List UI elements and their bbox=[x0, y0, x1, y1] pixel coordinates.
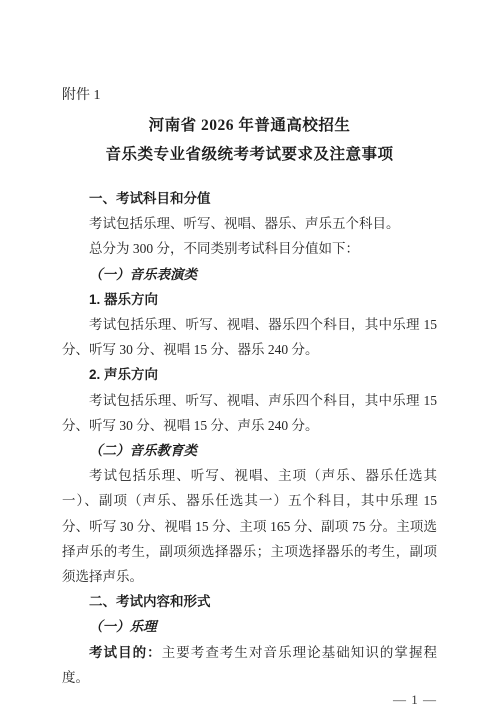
page-number: — 1 — bbox=[62, 690, 437, 707]
document-title: 河南省 2026 年普通高校招生 音乐类专业省级统考考试要求及注意事项 bbox=[62, 111, 437, 169]
document-title-line-1: 河南省 2026 年普通高校招生 bbox=[62, 111, 437, 140]
document-title-line-2: 音乐类专业省级统考考试要求及注意事项 bbox=[62, 140, 437, 169]
subsection-heading-music-performance: （一）音乐表演类 bbox=[62, 262, 437, 287]
paragraph-subjects-list: 考试包括乐理、听写、视唱、器乐、声乐五个科目。 bbox=[62, 211, 437, 236]
subsection-heading-music-education: （二）音乐教育类 bbox=[62, 438, 437, 463]
document-content: 附件 1 河南省 2026 年普通高校招生 音乐类专业省级统考考试要求及注意事项… bbox=[62, 88, 437, 707]
document-body: 一、考试科目和分值 考试包括乐理、听写、视唱、器乐、声乐五个科目。 总分为 30… bbox=[62, 186, 437, 690]
paragraph-total-score: 总分为 300 分，不同类别考试科目分值如下： bbox=[62, 236, 437, 261]
subheading-vocal-direction: 2. 声乐方向 bbox=[62, 362, 437, 387]
attachment-label: 附件 1 bbox=[62, 88, 437, 104]
document-page: 附件 1 河南省 2026 年普通高校招生 音乐类专业省级统考考试要求及注意事项… bbox=[0, 0, 500, 707]
paragraph-exam-purpose: 考试目的：主要考查考生对音乐理论基础知识的掌握程度。 bbox=[62, 640, 437, 690]
section-heading-exam-subjects: 一、考试科目和分值 bbox=[62, 186, 437, 211]
paragraph-vocal-scores: 考试包括乐理、听写、视唱、声乐四个科目，其中乐理 15 分、听写 30 分、视唱… bbox=[62, 388, 437, 438]
section-heading-exam-content-form: 二、考试内容和形式 bbox=[62, 589, 437, 614]
paragraph-instrumental-scores: 考试包括乐理、听写、视唱、器乐四个科目，其中乐理 15 分、听写 30 分、视唱… bbox=[62, 312, 437, 362]
paragraph-music-education-scores: 考试包括乐理、听写、视唱、主项（声乐、器乐任选其一）、副项（声乐、器乐任选其一）… bbox=[62, 463, 437, 589]
subheading-instrumental-direction: 1. 器乐方向 bbox=[62, 287, 437, 312]
exam-purpose-label: 考试目的： bbox=[89, 645, 162, 660]
subsection-heading-music-theory: （一）乐理 bbox=[62, 614, 437, 639]
